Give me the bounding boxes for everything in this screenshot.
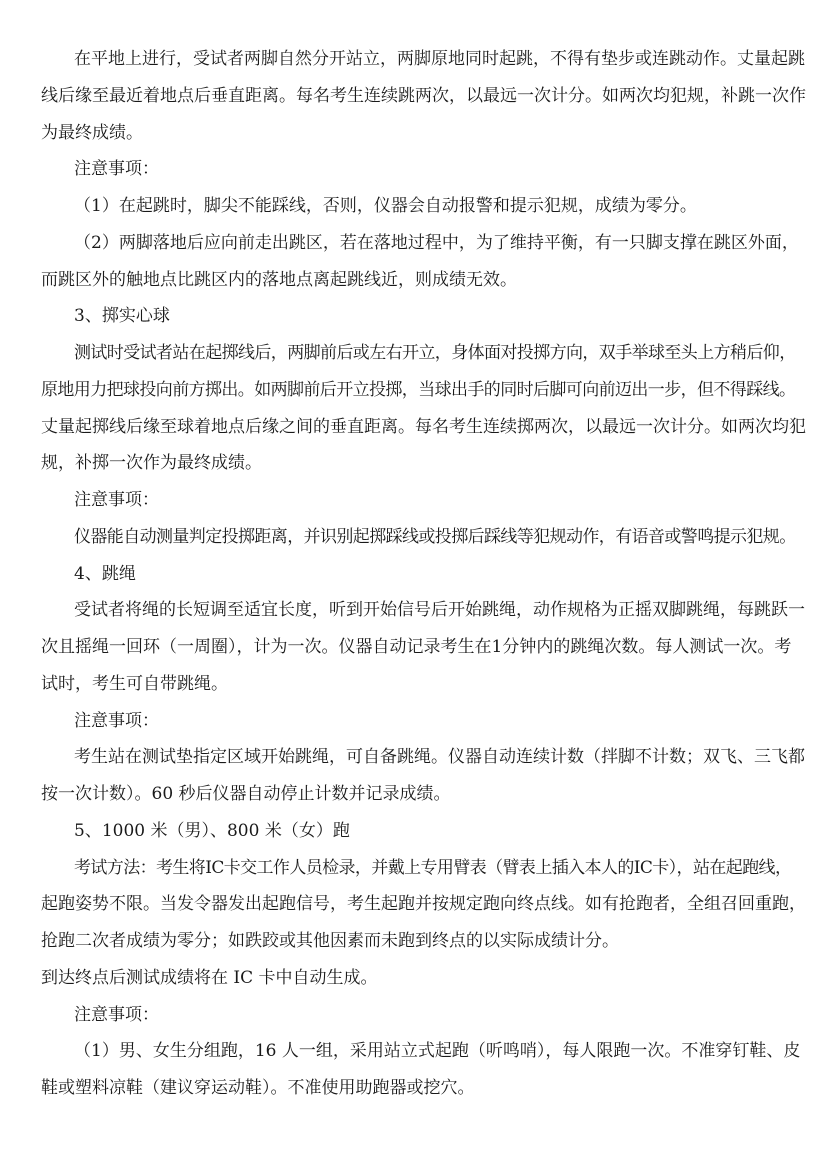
note-item-2-line-2: 而跳区外的触地点比跳区内的落地点离起跳线近，则成绩无效。 [41,262,789,299]
note-jump-rope-line-2: 按一次计数）。60 秒后仪器自动停止计数并记录成绩。 [41,776,789,813]
paragraph-jump-rope-line-3: 试时，考生可自带跳绳。 [41,666,789,703]
paragraph-jump-rope-line-1: 受试者将绳的长短调至适宜长度，听到开始信号后开始跳绳，动作规格为正摇双脚跳绳，每… [41,592,789,629]
note-medicine-ball: 仪器能自动测量判定投掷距离，并识别起掷踩线或投掷后踩线等犯规动作，有语音或警鸣提… [41,519,789,556]
section-heading-medicine-ball: 3、掷实心球 [41,298,789,335]
note-jump-rope-line-1: 考生站在测试垫指定区域开始跳绳，可自备跳绳。仪器自动连续计数（拌脚不计数；双飞、… [41,739,789,776]
paragraph-running-line-2: 起跑姿势不限。当发令器发出起跑信号，考生起跑并按规定跑向终点线。如有抢跑者，全组… [41,886,789,923]
note-item-1: （1）在起跳时，脚尖不能踩线，否则，仪器会自动报警和提示犯规，成绩为零分。 [41,188,789,225]
paragraph-running-line-4: 到达终点后测试成绩将在 IC 卡中自动生成。 [41,960,789,997]
paragraph-standing-jump-rules-line-3: 为最终成绩。 [41,115,789,152]
paragraph-standing-jump-rules-line-2: 线后缘至最近着地点后垂直距离。每名考生连续跳两次，以最远一次计分。如两次均犯规，… [41,78,789,115]
paragraph-medicine-ball-line-3: 丈量起掷线后缘至球着地点后缘之间的垂直距离。每名考生连续掷两次，以最远一次计分。… [41,409,789,446]
notes-heading: 注意事项： [41,997,789,1034]
paragraph-standing-jump-rules-line-1: 在平地上进行，受试者两脚自然分开站立，两脚原地同时起跳，不得有垫步或连跳动作。丈… [41,41,789,78]
notes-heading: 注意事项： [41,703,789,740]
notes-heading: 注意事项： [41,482,789,519]
note-running-item-1-line-2: 鞋或塑料凉鞋（建议穿运动鞋）。不准使用助跑器或挖穴。 [41,1070,789,1107]
paragraph-medicine-ball-line-4: 规，补掷一次作为最终成绩。 [41,445,789,482]
section-heading-jump-rope: 4、跳绳 [41,556,789,593]
paragraph-jump-rope-line-2: 次且摇绳一回环（一周圈），计为一次。仪器自动记录考生在1分钟内的跳绳次数。每人测… [41,629,789,666]
paragraph-medicine-ball-line-1: 测试时受试者站在起掷线后，两脚前后或左右开立，身体面对投掷方向，双手举球至头上方… [41,335,789,372]
note-running-item-1-line-1: （1）男、女生分组跑，16 人一组，采用站立式起跑（听鸣哨），每人限跑一次。不准… [41,1033,789,1070]
paragraph-running-line-1: 考试方法：考生将IC卡交工作人员检录，并戴上专用臂表（臂表上插入本人的IC卡），… [41,850,789,887]
paragraph-running-line-3: 抢跑二次者成绩为零分；如跌跤或其他因素而未跑到终点的以实际成绩计分。 [41,923,789,960]
notes-heading: 注意事项： [41,151,789,188]
document-page: 在平地上进行，受试者两脚自然分开站立，两脚原地同时起跳，不得有垫步或连跳动作。丈… [41,41,789,1107]
paragraph-medicine-ball-line-2: 原地用力把球投向前方掷出。如两脚前后开立投掷，当球出手的同时后脚可向前迈出一步，… [41,372,789,409]
note-item-2-line-1: （2）两脚落地后应向前走出跳区，若在落地过程中，为了维持平衡，有一只脚支撑在跳区… [41,225,789,262]
section-heading-running: 5、1000 米（男）、800 米（女）跑 [41,813,789,850]
